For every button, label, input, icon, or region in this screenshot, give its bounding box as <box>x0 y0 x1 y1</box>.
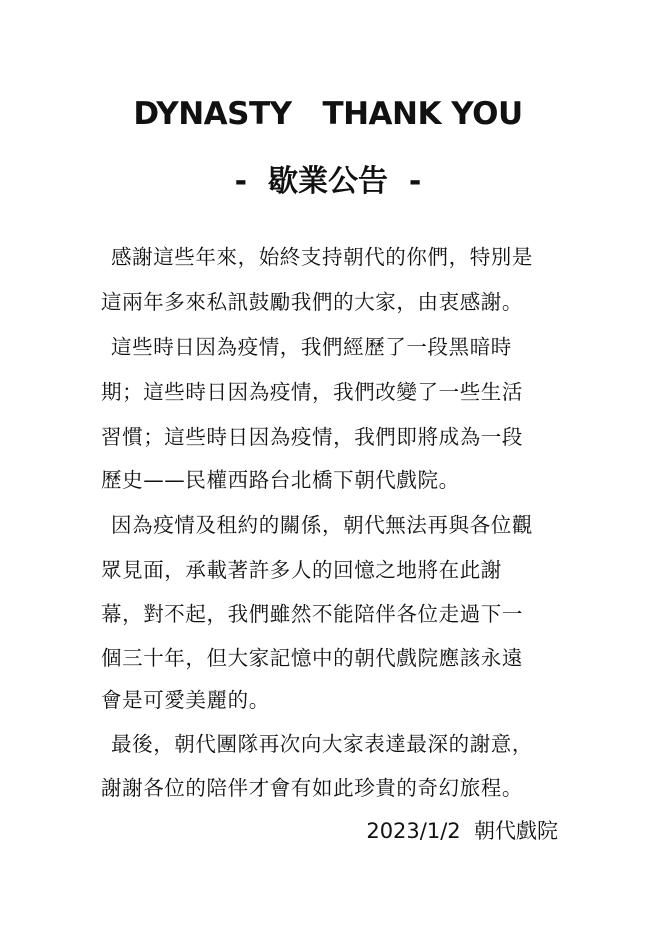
text-line: 習慣；這些時日因為疫情，我們即將成為一段 <box>101 423 523 451</box>
text-line: 幕，對不起，我們雖然不能陪伴各位走過下一 <box>101 600 523 628</box>
text-line: 因為疫情及租約的關係，朝代無法再與各位觀 <box>111 511 533 539</box>
text-line: 最後，朝代團隊再次向大家表達最深的謝意， <box>111 730 533 758</box>
text-line: 這兩年多來私訊鼓勵我們的大家，由衷感謝。 <box>101 288 523 316</box>
text-line: 歷史——民權西路台北橋下朝代戲院。 <box>101 466 460 494</box>
page-subtitle: - 歇業公告 - <box>0 162 656 202</box>
page-title: DYNASTY THANK YOU <box>0 94 656 134</box>
text-line: 感謝這些年來，始終支持朝代的你們，特別是 <box>111 243 533 271</box>
text-line: 期；這些時日因為疫情，我們改變了一些生活 <box>101 378 523 406</box>
text-line: 這些時日因為疫情，我們經歷了一段黑暗時 <box>111 333 512 361</box>
text-line: 會是可愛美麗的。 <box>101 686 270 714</box>
text-line: 個三十年，但大家記憶中的朝代戲院應該永遠 <box>101 644 523 672</box>
text-line: 眾見面，承載著許多人的回憶之地將在此謝 <box>101 556 502 584</box>
signature-date: 2023/1/2 朝代戲院 <box>366 817 558 845</box>
text-line: 謝謝各位的陪伴才會有如此珍貴的奇幻旅程。 <box>101 774 523 802</box>
